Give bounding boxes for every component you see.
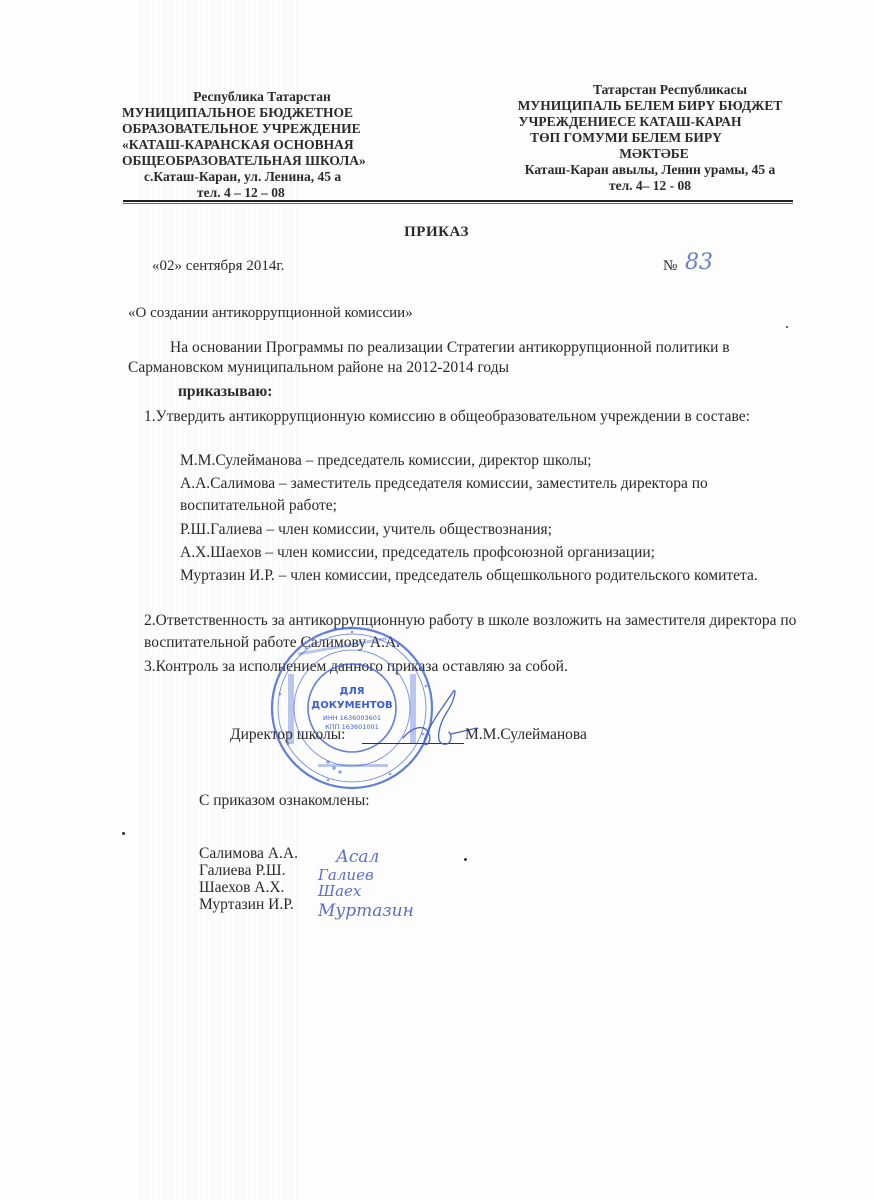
acknowledgement-title: С приказом ознакомлены: bbox=[199, 792, 370, 810]
stamp-text-documents: ДОКУМЕНТОВ bbox=[311, 700, 392, 711]
header-right-tatar: Татарстан Республикасы МУНИЦИПАЛЬ БЕЛЕМ … bbox=[500, 82, 800, 194]
member-chair: М.М.Сулейманова – председатель комиссии,… bbox=[180, 450, 780, 472]
scan-speck bbox=[122, 832, 125, 835]
order-item-2: 2.Ответственность за антикоррупционную р… bbox=[144, 610, 804, 654]
ack-person: Шаехов А.Х. bbox=[199, 879, 298, 896]
acknowledgement-signatures: Асал Галиев Шаех Муртазин bbox=[300, 832, 480, 932]
header-left-line: Республика Татарстан bbox=[102, 89, 422, 105]
scan-speck bbox=[786, 326, 788, 328]
header-divider bbox=[123, 200, 793, 202]
document-subject: «О создании антикоррупционной комиссии» bbox=[128, 305, 413, 322]
order-word: приказываю: bbox=[178, 383, 272, 401]
header-left-line: ОБРАЗОВАТЕЛЬНОЕ УЧРЕЖДЕНИЕ bbox=[122, 121, 422, 137]
ack-person: Муртазин И.Р. bbox=[199, 896, 298, 913]
director-handwritten-signature bbox=[395, 686, 485, 756]
director-name: М.М.Сулейманова bbox=[465, 726, 587, 744]
ack-person: Галиева Р.Ш. bbox=[199, 862, 298, 879]
header-left-phone: тел. 4 – 12 – 08 bbox=[122, 185, 422, 201]
acknowledgement-list: Салимова А.А. Галиева Р.Ш. Шаехов А.Х. М… bbox=[199, 845, 298, 913]
stamp-text-dlya: ДЛЯ bbox=[340, 686, 365, 697]
header-divider-thin bbox=[123, 203, 793, 204]
order-item-1: 1.Утвердить антикоррупционную комиссию в… bbox=[144, 406, 794, 428]
header-left-line: «КАТАШ-КАРАНСКАЯ ОСНОВНАЯ bbox=[122, 137, 422, 153]
header-left-russian: Республика Татарстан МУНИЦИПАЛЬНОЕ БЮДЖЕ… bbox=[122, 89, 422, 201]
header-right-line: ТӨП ГОМУМИ БЕЛЕМ БИРҮ bbox=[452, 130, 800, 146]
member-galieva: Р.Ш.Галиева – член комиссии, учитель общ… bbox=[180, 519, 780, 541]
header-right-line: МӘКТӘБЕ bbox=[508, 146, 800, 162]
member-shaekhov: А.Х.Шаехов – член комиссии, председатель… bbox=[180, 542, 780, 564]
ack-person: Салимова А.А. bbox=[199, 845, 298, 862]
signature-murtazin: Муртазин bbox=[317, 901, 414, 921]
document-title: ПРИКАЗ bbox=[0, 224, 873, 241]
member-deputy: А.А.Салимова – заместитель председателя … bbox=[180, 473, 760, 517]
document-number-label: № bbox=[663, 258, 677, 275]
director-label: Директор школы: bbox=[230, 726, 345, 744]
scan-speck bbox=[464, 858, 467, 861]
header-right-line: УЧРЕЖДЕНИЕСЕ КАТАШ-КАРАН bbox=[460, 114, 800, 130]
header-left-line: ОБЩЕОБРАЗОВАТЕЛЬНАЯ ШКОЛА» bbox=[122, 153, 422, 169]
member-murtazin: Муртазин И.Р. – член комиссии, председат… bbox=[180, 565, 770, 587]
document-number-handwritten: 83 bbox=[685, 250, 713, 275]
signature-salimova: Асал bbox=[335, 847, 379, 867]
header-right-line: Татарстан Республикасы bbox=[540, 82, 800, 98]
header-right-phone: тел. 4– 12 - 08 bbox=[500, 178, 800, 194]
header-left-address: с.Каташ-Каран, ул. Ленина, 45 а bbox=[122, 169, 422, 185]
document-date: «02» сентября 2014г. bbox=[152, 258, 285, 275]
preamble-paragraph: На основании Программы по реализации Стр… bbox=[128, 338, 808, 378]
header-left-line: МУНИЦИПАЛЬНОЕ БЮДЖЕТНОЕ bbox=[122, 105, 422, 121]
header-right-line: МУНИЦИПАЛЬ БЕЛЕМ БИРҮ БЮДЖЕТ bbox=[500, 98, 800, 114]
order-item-3: 3.Контроль за исполнением данного приказ… bbox=[144, 656, 804, 678]
header-right-address: Каташ-Каран авылы, Ленин урамы, 45 а bbox=[500, 162, 800, 178]
signature-shaekhov: Шаех bbox=[317, 882, 362, 900]
stamp-inn: ИНН 1636003601 bbox=[323, 714, 381, 722]
